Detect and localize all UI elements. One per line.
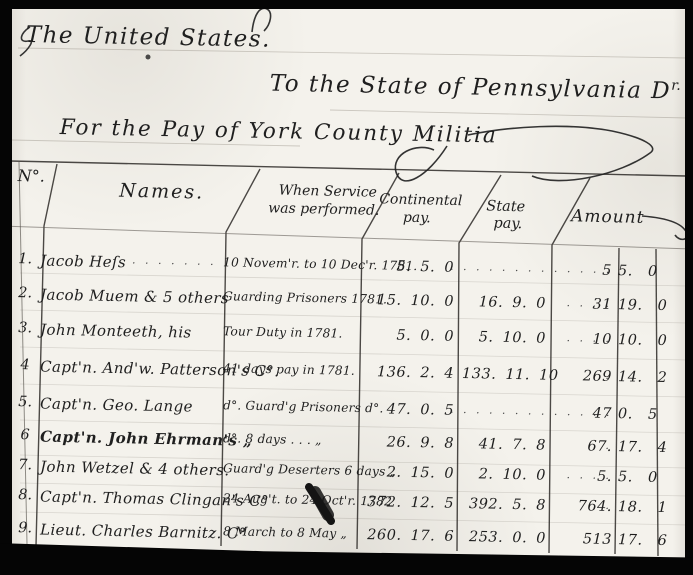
cell-name: Jacob Heſs [40,252,126,272]
header-continental-2: pay. [372,209,462,227]
cell-no: 2. [14,285,36,301]
cell-amount-shillings-pence: 14. 2 [618,369,684,386]
cell-continental-pay: 26. 9. 8 [354,434,454,452]
cell-no: 5. [14,394,36,410]
header-state-1: State [468,198,544,216]
scan-border-right [685,0,693,575]
cell-no: 4 [14,357,36,373]
cell-amount-shillings-pence: 0. 5 [618,406,684,423]
cell-amount-pounds: 5 [550,262,612,279]
cell-continental-pay: 260. 17. 6 [354,527,454,545]
header-continental-1: Continental [366,191,476,209]
header-bottom-border [0,226,692,249]
header-amount: Amount [558,206,658,228]
leader-dots: . . . . . . . . . . [132,253,224,268]
cell-amount-shillings-pence: 17. 6 [618,532,684,549]
county-descender-loop [395,146,447,181]
cell-no: 9. [14,520,36,536]
cell-amount-shillings-pence: 17. 4 [618,439,684,456]
cell-continental-pay: 5. 0. 0 [354,327,454,345]
cell-service: d°. Guard'g Prisoners d°. [223,398,361,415]
cell-amount-pounds: 513 [550,531,612,548]
cell-service: Guard'g Deserters 6 days „ [223,461,361,478]
scanned-ledger-page: The United States. To the State of Penns… [0,0,693,575]
cell-state-pay: 392. 5. 8 [462,496,546,514]
cell-name: John Monteeth, his [40,321,192,342]
cell-amount-shillings-pence: 18. 1 [618,499,684,516]
cell-amount-pounds: 31 [550,296,612,313]
cell-continental-pay: 372. 12. 5 [354,494,454,512]
column-divider-when-continental [357,173,399,549]
cell-no: 1. [14,251,36,267]
scan-border-top [0,0,693,9]
debtor-superscript: r. [671,78,681,94]
cell-amount-pounds: 47 [550,405,612,422]
column-divider-state-amount [549,178,590,553]
cell-amount-shillings-pence: 19. 0 [618,297,684,314]
cell-name: Capt'n. Geo. Lange [40,395,193,416]
cell-no: 7. [14,457,36,473]
cell-name: John Wetzel & 4 others. [40,458,230,480]
column-divider-names-when [221,169,260,546]
cell-amount-pounds: 764. [550,498,612,515]
scan-border-left [0,0,12,575]
cell-amount-pounds: 10 [550,331,612,348]
cell-name: Capt'n. John Ehrman's „ [40,428,252,450]
cell-name: Lieut. Charles Barnitz. C° [40,521,247,543]
cell-service: 41 days pay in 1781. [223,361,361,378]
cell-service: 10 Novem'r. to 10 Dec'r. 1781. [223,255,361,272]
cell-service: Guarding Prisoners 1781. [223,289,361,306]
cell-no: 3. [14,320,36,336]
header-names: Names. [92,179,232,204]
creditor-line: The United States. [26,22,272,53]
cell-continental-pay: 136. 2. 4 [354,364,454,382]
cell-state-pay: 253. 0. 0 [462,529,546,547]
cell-amount-pounds: 5. [550,468,612,485]
cell-state-pay: 16. 9. 0 [462,294,546,312]
cell-name: Jacob Muem & 5 others [40,286,229,308]
header-state-2: pay. [470,215,546,233]
cell-state-pay: 5. 10. 0 [462,329,546,347]
cell-service: d°. 8 days . . . „ [223,431,361,448]
cell-amount-shillings-pence: 5. 0 [618,469,684,486]
table-top-border [10,161,686,176]
ink-speck [146,55,151,60]
cell-amount-shillings-pence: 10. 0 [618,332,684,349]
cell-service: 8 March to 8 May „ [223,524,361,541]
cell-service: 24 Aug't. to 24 Oct'r. 1782 [223,491,361,508]
cell-no: 6 [14,427,36,443]
cell-service: Tour Duty in 1781. [223,324,361,341]
cell-no: 8. [14,487,36,503]
cell-state-pay: 133. 11. 10 [462,366,546,384]
cell-state-pay: 2. 10. 0 [462,466,546,484]
cell-amount-pounds: 269 [550,368,612,385]
header-no: N°. [18,166,46,186]
cell-continental-pay: 15. 10. 0 [354,292,454,310]
cell-continental-pay: 5. 5. 0 [354,258,454,276]
cell-amount-pounds: 67. [550,438,612,455]
cell-continental-pay: 2. 15. 0 [354,464,454,482]
cell-continental-pay: 47. 0. 5 [354,401,454,419]
cell-amount-shillings-pence: 5. 0 [618,263,684,280]
cell-state-pay: 41. 7. 8 [462,436,546,454]
